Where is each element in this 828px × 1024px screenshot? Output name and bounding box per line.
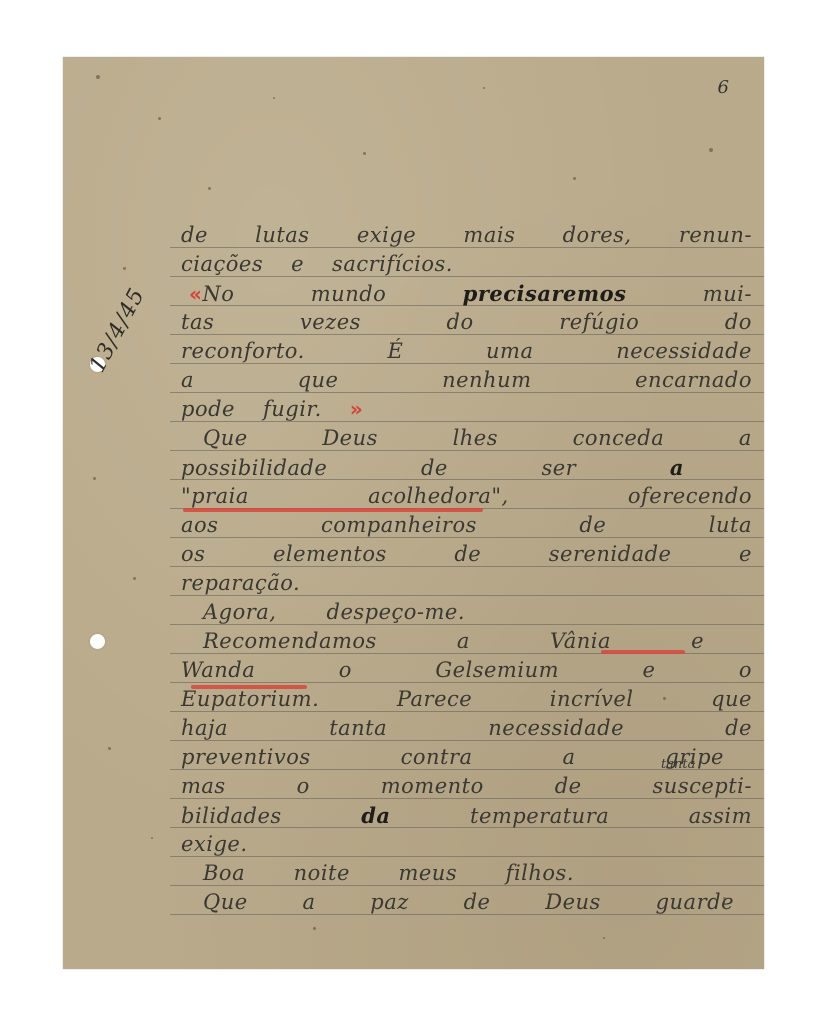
speck bbox=[709, 148, 713, 152]
text-line-19: preventivos contra a gripe bbox=[181, 745, 724, 769]
word: Parece bbox=[397, 687, 472, 711]
word: lutas bbox=[255, 223, 309, 247]
rule-line bbox=[170, 450, 764, 451]
speck bbox=[96, 75, 100, 79]
overwritten-word: precisaremos bbox=[463, 281, 627, 306]
word: Wanda bbox=[181, 658, 255, 682]
rule-line bbox=[170, 421, 764, 422]
word: que bbox=[711, 687, 752, 711]
word: dores, bbox=[563, 223, 632, 247]
text-line-14: Agora, despeço-me. bbox=[203, 600, 752, 624]
word: da bbox=[361, 803, 390, 828]
word: suscepti- bbox=[653, 774, 752, 798]
word: o bbox=[297, 774, 310, 798]
margin-date: 13/4/45 bbox=[85, 284, 150, 377]
rule-line bbox=[170, 856, 764, 857]
text-line-2: ciações e sacrifícios. bbox=[181, 252, 752, 276]
word: de bbox=[464, 890, 491, 914]
text-line-1: de lutas exige mais dores, renun- bbox=[181, 223, 752, 247]
word: Que bbox=[203, 890, 248, 914]
word: os bbox=[181, 542, 205, 566]
word: a bbox=[302, 890, 315, 914]
word: de bbox=[421, 456, 448, 480]
word: fugir. bbox=[263, 397, 322, 421]
text-line-3: «No mundo precisaremos mui- bbox=[189, 281, 752, 306]
word: tas bbox=[181, 310, 214, 334]
word: necessidade bbox=[488, 716, 624, 740]
word: exige. bbox=[181, 832, 248, 856]
word: aos bbox=[181, 513, 218, 537]
punch-hole-bottom bbox=[90, 634, 105, 649]
word: a bbox=[562, 745, 575, 769]
word: assim bbox=[689, 804, 752, 828]
word: Boa bbox=[203, 861, 245, 885]
word: de bbox=[555, 774, 582, 798]
word: e bbox=[691, 629, 704, 653]
word: tanta bbox=[329, 716, 387, 740]
word: de bbox=[725, 716, 752, 740]
speck bbox=[273, 97, 275, 99]
word: o bbox=[339, 658, 352, 682]
word: Agora, bbox=[203, 600, 277, 624]
word: Deus bbox=[545, 890, 601, 914]
word: No bbox=[202, 282, 234, 306]
word: pode bbox=[181, 397, 235, 421]
text-line-22: exige. bbox=[181, 832, 752, 856]
word: o bbox=[739, 658, 752, 682]
word: meus bbox=[398, 861, 457, 885]
red-underline-vania bbox=[601, 650, 685, 654]
rule-line bbox=[170, 682, 764, 683]
rule-line bbox=[170, 566, 764, 567]
text-line-21: bilidades da temperatura assim bbox=[181, 803, 752, 828]
speck bbox=[123, 267, 126, 270]
word: a bbox=[739, 426, 752, 450]
word: renun- bbox=[679, 223, 752, 247]
text-line-16: Wanda o Gelsemium e o bbox=[181, 658, 752, 682]
text-line-8: Que Deus lhes conceda a bbox=[203, 426, 752, 450]
word: temperatura bbox=[470, 804, 609, 828]
text-line-11: aos companheiros de luta bbox=[181, 513, 752, 537]
rule-line bbox=[170, 537, 764, 538]
interlinear-insertion: tanta bbox=[661, 757, 695, 772]
word: uma bbox=[486, 339, 533, 363]
word-group: «No bbox=[189, 282, 234, 306]
word: mais bbox=[463, 223, 515, 247]
page-number: 6 bbox=[718, 77, 729, 98]
rule-line bbox=[170, 740, 764, 741]
speck bbox=[208, 187, 211, 190]
word: Gelsemium bbox=[435, 658, 559, 682]
word: paz bbox=[370, 890, 409, 914]
word: do bbox=[725, 310, 752, 334]
text-line-6: a que nenhum encarnado bbox=[181, 368, 752, 392]
rule-line bbox=[170, 885, 764, 886]
word: reconforto. bbox=[181, 339, 305, 363]
open-quote-mark: « bbox=[189, 282, 202, 306]
rule-line bbox=[170, 363, 764, 364]
word: possibilidade bbox=[181, 456, 327, 480]
rule-line bbox=[170, 624, 764, 625]
word: Deus bbox=[322, 426, 378, 450]
speck bbox=[573, 177, 576, 180]
letter-page: 6 13/4/45 de lutas exige mai bbox=[63, 57, 764, 969]
word: a bbox=[457, 629, 470, 653]
speck bbox=[108, 747, 111, 750]
word: despeço-me. bbox=[327, 600, 466, 624]
rule-line bbox=[170, 247, 764, 248]
word: do bbox=[447, 310, 474, 334]
speck bbox=[93, 477, 96, 480]
rule-line bbox=[170, 276, 764, 277]
word: oferecendo bbox=[628, 484, 752, 508]
text-line-18: haja tanta necessidade de bbox=[181, 716, 752, 740]
text-line-23: Boa noite meus filhos. bbox=[203, 861, 574, 885]
rule-line bbox=[170, 711, 764, 712]
word: reparação. bbox=[181, 571, 300, 595]
word: mas bbox=[181, 774, 226, 798]
rule-line bbox=[170, 595, 764, 596]
word: mundo bbox=[311, 282, 387, 306]
word: refúgio bbox=[559, 310, 639, 334]
word: ser bbox=[541, 456, 576, 480]
text-line-17: Eupatorium. Parece incrível que bbox=[181, 687, 752, 711]
word: haja bbox=[181, 716, 228, 740]
word: É bbox=[387, 339, 403, 363]
speck bbox=[158, 117, 161, 120]
word: Eupatorium. bbox=[181, 687, 319, 711]
speck bbox=[313, 927, 316, 930]
text-line-4: tas vezes do refúgio do bbox=[181, 310, 752, 334]
speck bbox=[151, 837, 153, 839]
word: e bbox=[642, 658, 655, 682]
word: serenidade bbox=[549, 542, 672, 566]
text-line-5: reconforto. É uma necessidade bbox=[181, 339, 752, 363]
word: bilidades bbox=[181, 804, 282, 828]
word: Que bbox=[203, 426, 248, 450]
text-line-7: pode fugir. » bbox=[181, 397, 752, 421]
word: nenhum bbox=[442, 368, 531, 392]
word: de bbox=[181, 223, 208, 247]
text-line-13: reparação. bbox=[181, 571, 752, 595]
text-line-12: os elementos de serenidade e bbox=[181, 542, 752, 566]
word: luta bbox=[709, 513, 752, 537]
speck bbox=[603, 937, 605, 939]
red-underline-praia-acolhedora bbox=[183, 508, 483, 512]
word: elementos bbox=[273, 542, 387, 566]
word: preventivos bbox=[181, 745, 311, 769]
word: noite bbox=[294, 861, 350, 885]
close-quote-mark: » bbox=[350, 397, 363, 421]
word: que bbox=[298, 368, 339, 392]
word: mui- bbox=[703, 282, 752, 306]
word: e bbox=[739, 542, 752, 566]
word: lhes bbox=[453, 426, 498, 450]
text-line-20: mas o momento de suscepti- bbox=[181, 774, 752, 798]
word: a bbox=[181, 368, 194, 392]
speck bbox=[483, 87, 485, 89]
word: companheiros bbox=[321, 513, 477, 537]
word: guarde bbox=[656, 890, 734, 914]
word: incrível bbox=[550, 687, 634, 711]
word: vezes bbox=[300, 310, 361, 334]
rule-line bbox=[170, 914, 764, 915]
word: Recomendamos bbox=[203, 629, 377, 653]
word: necessidade bbox=[616, 339, 752, 363]
text-line-10: "praia acolhedora", oferecendo bbox=[181, 484, 752, 508]
rule-line bbox=[170, 798, 764, 799]
word: de bbox=[579, 513, 606, 537]
word: de bbox=[454, 542, 481, 566]
text-line-9: possibilidade de ser a bbox=[181, 455, 684, 480]
text-line-24: Que a paz de Deus guarde bbox=[203, 890, 734, 914]
rule-line bbox=[170, 334, 764, 335]
speck bbox=[133, 577, 136, 580]
word: sacrifícios. bbox=[332, 252, 453, 276]
word: "praia bbox=[181, 484, 249, 508]
word: a bbox=[670, 455, 684, 480]
word: exige bbox=[357, 223, 416, 247]
word: contra bbox=[401, 745, 473, 769]
speck bbox=[363, 152, 366, 155]
word: conceda bbox=[573, 426, 665, 450]
word: encarnado bbox=[635, 368, 752, 392]
word: ciações bbox=[181, 252, 263, 276]
word: momento bbox=[381, 774, 484, 798]
word: acolhedora", bbox=[368, 484, 509, 508]
word: filhos. bbox=[506, 861, 574, 885]
rule-line bbox=[170, 392, 764, 393]
word: e bbox=[291, 252, 304, 276]
